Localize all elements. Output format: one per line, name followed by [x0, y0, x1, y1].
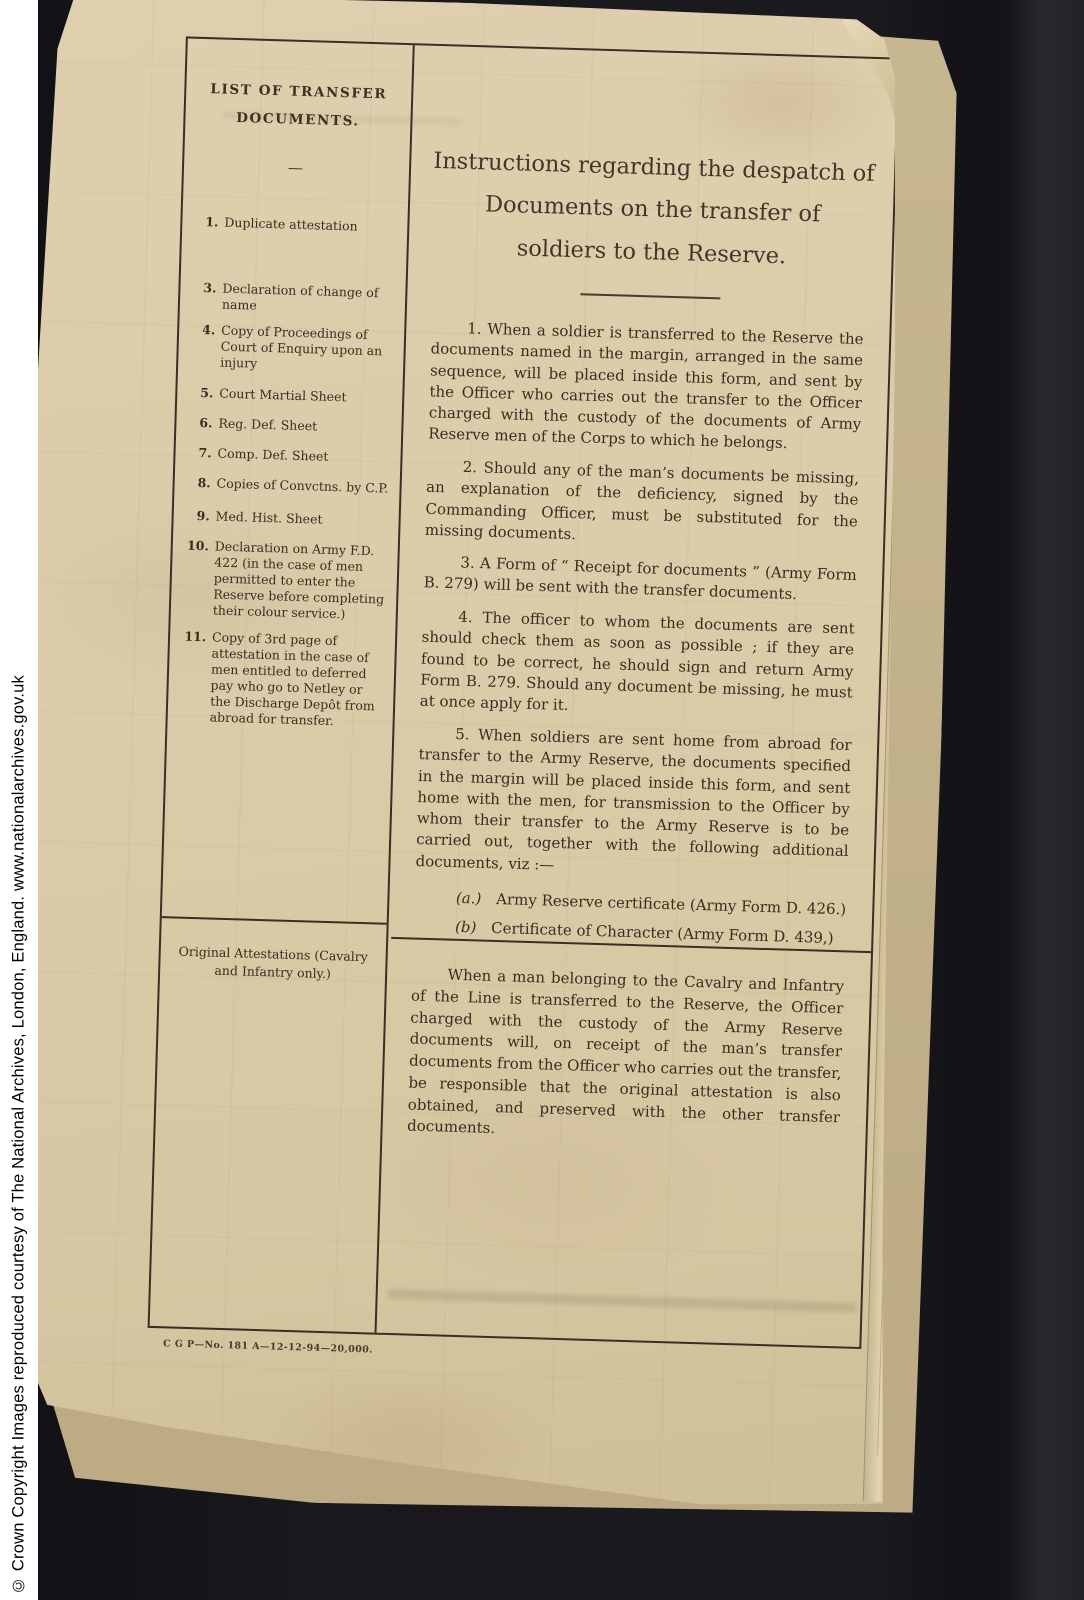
item-number: 3.	[190, 279, 216, 296]
list-item: 3. Declaration of change of name	[190, 279, 398, 317]
copyright-text: © Crown Copyright Images reproduced cour…	[10, 675, 29, 1594]
instructions-column: Instructions regarding the despatch of D…	[379, 45, 897, 1347]
item-number: 6.	[186, 414, 212, 431]
document-list: 1. Duplicate attestation 3. Declaration …	[168, 213, 408, 730]
item-marker: (b)	[455, 918, 477, 937]
list-item: 4. Copy of Proceedings of Court of Enqui…	[188, 321, 396, 375]
instruction-paragraphs: 1. When a soldier is transferred to the …	[393, 317, 890, 886]
item-text: Copy of Proceedings of Court of Enquiry …	[220, 322, 382, 370]
item-text: Court Martial Sheet	[219, 385, 347, 404]
item-number: 4.	[189, 321, 215, 338]
transfer-documents-table: LIST OF TRANSFER DOCUMENTS. — 1. Duplica…	[148, 36, 900, 1349]
item-number: 5.	[187, 384, 213, 401]
margin-column: LIST OF TRANSFER DOCUMENTS. — 1. Duplica…	[150, 38, 415, 1332]
item-number: 11.	[180, 628, 206, 645]
instruction-paragraph: 1. When a soldier is transferred to the …	[428, 318, 864, 457]
item-text: Duplicate attestation	[224, 214, 358, 233]
instruction-paragraph: 3. A Form of “ Receipt for documents ” (…	[423, 552, 857, 608]
list-item: 5. Court Martial Sheet	[187, 384, 394, 406]
list-item: 9. Med. Hist. Sheet	[183, 507, 390, 529]
transfer-documents-list-cell: LIST OF TRANSFER DOCUMENTS. — 1. Duplica…	[162, 38, 413, 922]
heading-rule	[580, 293, 720, 300]
scan-background: © Crown Copyright Images reproduced cour…	[0, 0, 1084, 1600]
instruction-paragraph: 2. Should any of the man’s documents be …	[425, 456, 860, 554]
cavalry-infantry-paragraph: When a man belonging to the Cavalry and …	[407, 964, 844, 1151]
original-attestations-note: Original Attestations (Cavalry and Infan…	[170, 942, 376, 984]
item-text: Med. Hist. Sheet	[215, 508, 322, 526]
instruction-paragraph: 5. When soldiers are sent home from abro…	[415, 723, 851, 884]
list-item: 8. Copies of Convctns. by C.P.	[184, 474, 391, 496]
item-number: 7.	[185, 444, 211, 461]
item-marker: (a.)	[456, 888, 482, 907]
instruction-paragraph: 4. The officer to whom the documents are…	[419, 606, 854, 725]
item-text: Comp. Def. Sheet	[217, 445, 328, 463]
list-item: 1. Duplicate attestation	[192, 213, 399, 235]
item-number: 10.	[183, 537, 209, 554]
additional-document-item: (a.) Army Reserve certificate (Army Form…	[456, 886, 847, 920]
title-separator-dash: —	[184, 155, 409, 180]
printer-imprint: C G P—No. 181 A—12-12-94—20,000.	[163, 1338, 373, 1355]
item-number: 8.	[184, 474, 210, 491]
item-text: Copies of Convctns. by C.P.	[216, 475, 388, 495]
paper-sheet: LIST OF TRANSFER DOCUMENTS. — 1. Duplica…	[1, 0, 945, 1516]
item-text: Army Reserve certificate (Army Form D. 4…	[496, 890, 847, 918]
item-text: Reg. Def. Sheet	[218, 415, 317, 433]
list-item: 11. Copy of 3rd page of attestation in t…	[177, 628, 387, 730]
item-text: Copy of 3rd page of attestation in the c…	[210, 629, 376, 728]
copyright-strip: © Crown Copyright Images reproduced cour…	[0, 0, 38, 1600]
list-title: LIST OF TRANSFER DOCUMENTS.	[185, 74, 412, 137]
list-item: 7. Comp. Def. Sheet	[185, 444, 392, 466]
item-text: Declaration of change of name	[222, 280, 379, 312]
item-text: Declaration on Army F.D. 422 (in the cas…	[213, 538, 385, 621]
item-number: 1.	[192, 213, 218, 230]
list-item: 6. Reg. Def. Sheet	[186, 414, 393, 436]
item-number: 9.	[183, 507, 209, 524]
cavalry-infantry-cell: When a man belonging to the Cavalry and …	[379, 937, 871, 1347]
list-item: 10. Declaration on Army F.D. 422 (in the…	[181, 537, 390, 623]
instructions-heading: Instructions regarding the despatch of D…	[411, 139, 895, 280]
original-attestations-cell: Original Attestations (Cavalry and Infan…	[150, 916, 387, 1332]
document-page: LIST OF TRANSFER DOCUMENTS. — 1. Duplica…	[0, 0, 1025, 1599]
instructions-cell: Instructions regarding the despatch of D…	[391, 45, 898, 951]
